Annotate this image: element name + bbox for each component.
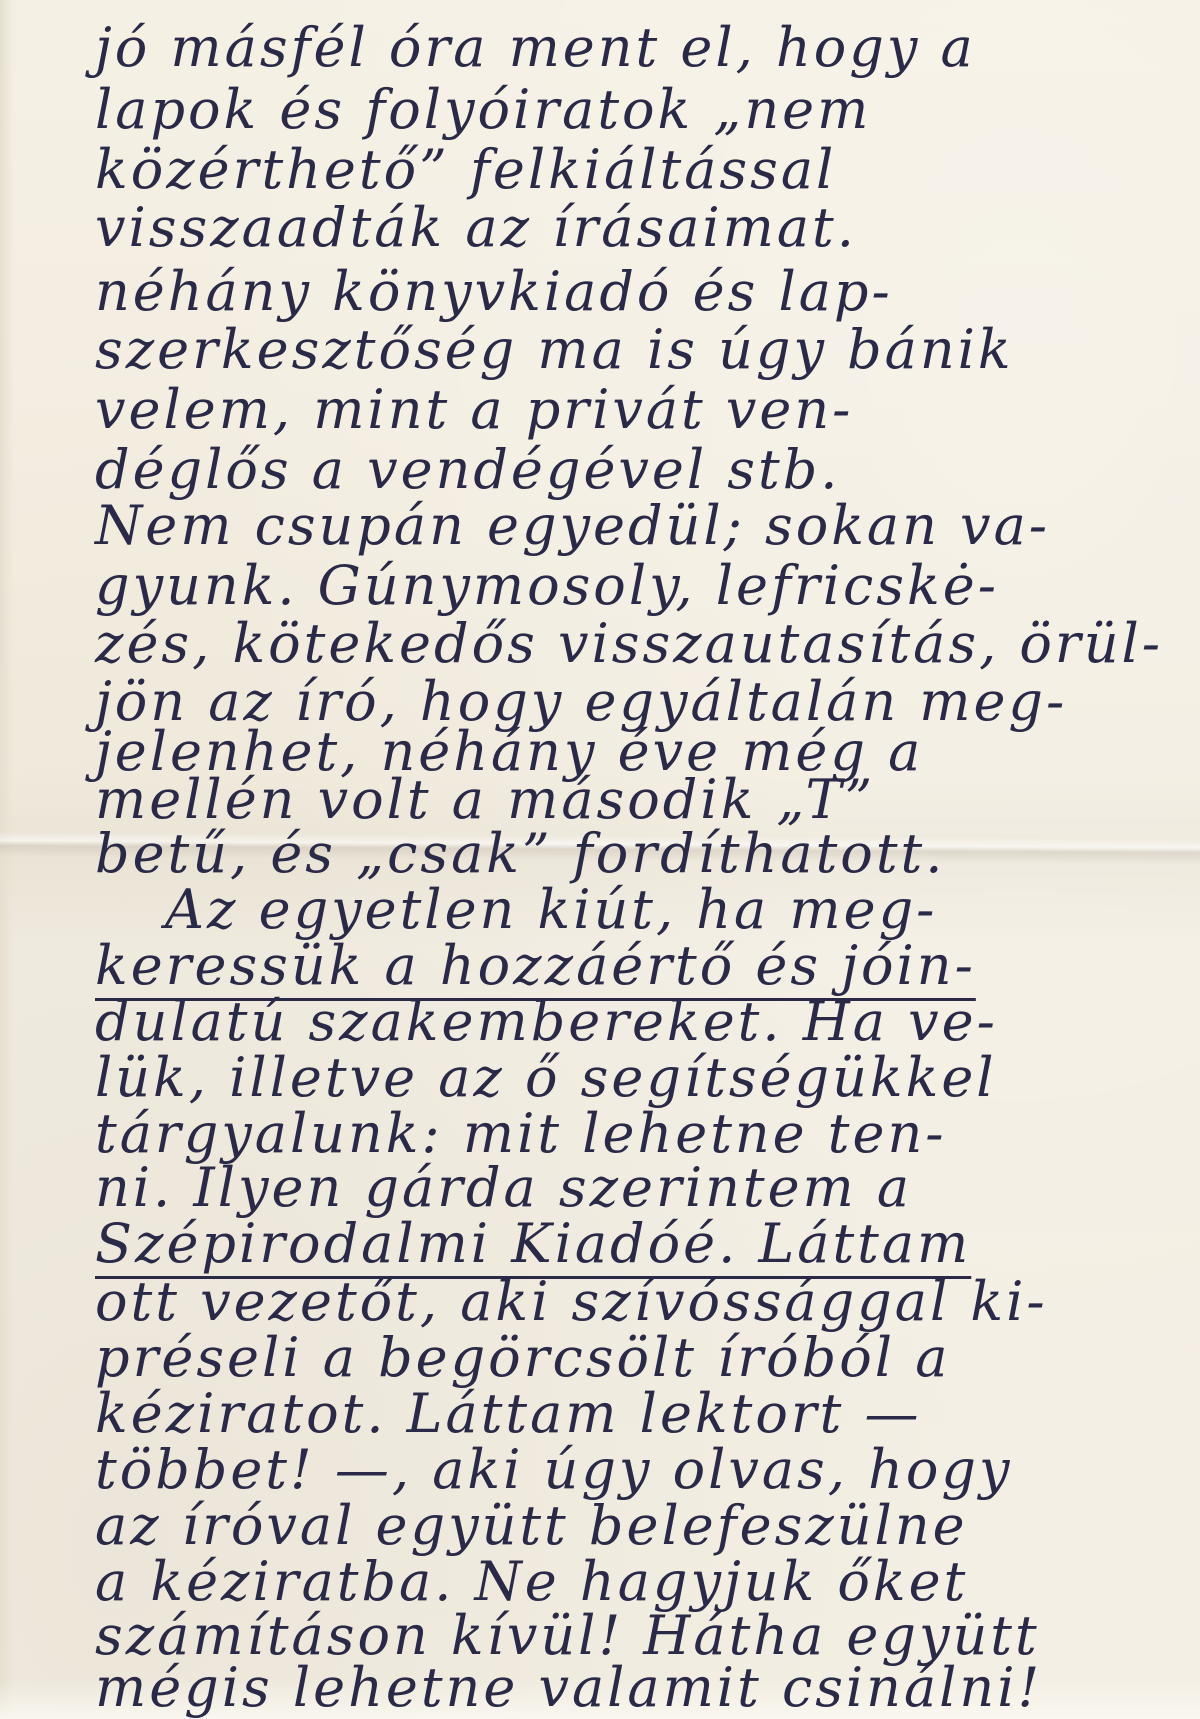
- letter-line-19: lük, illetve az ő segítségükkel: [95, 1048, 997, 1108]
- letter-line-1: jó másfél óra ment el, hogy a: [95, 18, 976, 78]
- letter-line-20: tárgyalunk: mit lehetne ten-: [95, 1104, 946, 1164]
- letter-line-17: keressük a hozzáértő és jóin-: [95, 936, 976, 996]
- letter-line-21: ni. Ilyen gárda szerintem a: [95, 1158, 912, 1218]
- letter-line-28: a kéziratba. Ne hagyjuk őket: [95, 1552, 968, 1612]
- letter-line-6: szerkesztőség ma is úgy bánik: [95, 320, 1014, 380]
- letter-line-26: többet! —, aki úgy olvas, hogy: [95, 1440, 1012, 1500]
- letter-page: jó másfél óra ment el, hogy a lapok és f…: [0, 0, 1200, 1719]
- letter-line-9: Nem csupán egyedül; sokan va-: [95, 496, 1050, 556]
- letter-line-3: közérthető” felkiáltással: [95, 140, 836, 200]
- letter-line-7: velem, mint a privát ven-: [95, 380, 853, 440]
- letter-line-23: ott vezetőt, aki szívóssággal ki-: [95, 1272, 1048, 1332]
- paper-edge-shadow: [0, 0, 14, 1719]
- letter-line-24: préseli a begörcsölt íróból a: [95, 1328, 950, 1388]
- letter-line-4: visszaadták az írásaimat.: [95, 198, 857, 258]
- letter-line-30: mégis lehetne valamit csinálni!: [95, 1658, 1042, 1718]
- letter-line-2: lapok és folyóiratok „nem: [95, 80, 871, 140]
- letter-line-10: gyunk. Gúnymosoly, lefricskė-: [95, 556, 999, 616]
- letter-line-25: kéziratot. Láttam lektort —: [95, 1384, 922, 1444]
- letter-line-16-paragraph-start: Az egyetlen kiút, ha meg-: [165, 880, 937, 940]
- letter-line-11: zés, kötekedős visszautasítás, örül-: [95, 614, 1163, 674]
- letter-line-5: néhány könyvkiadó és lap-: [95, 262, 893, 322]
- letter-line-14: mellén volt a második „T”: [95, 770, 875, 830]
- letter-line-27: az íróval együtt belefeszülne: [95, 1496, 968, 1556]
- letter-line-8: déglős a vendégével stb.: [95, 440, 840, 500]
- letter-line-18: dulatú szakembereket. Ha ve-: [95, 992, 998, 1052]
- letter-line-22: Szépirodalmi Kiadóé. Láttam: [95, 1214, 971, 1274]
- letter-line-15: betű, és „csak” fordíthatott.: [95, 824, 945, 884]
